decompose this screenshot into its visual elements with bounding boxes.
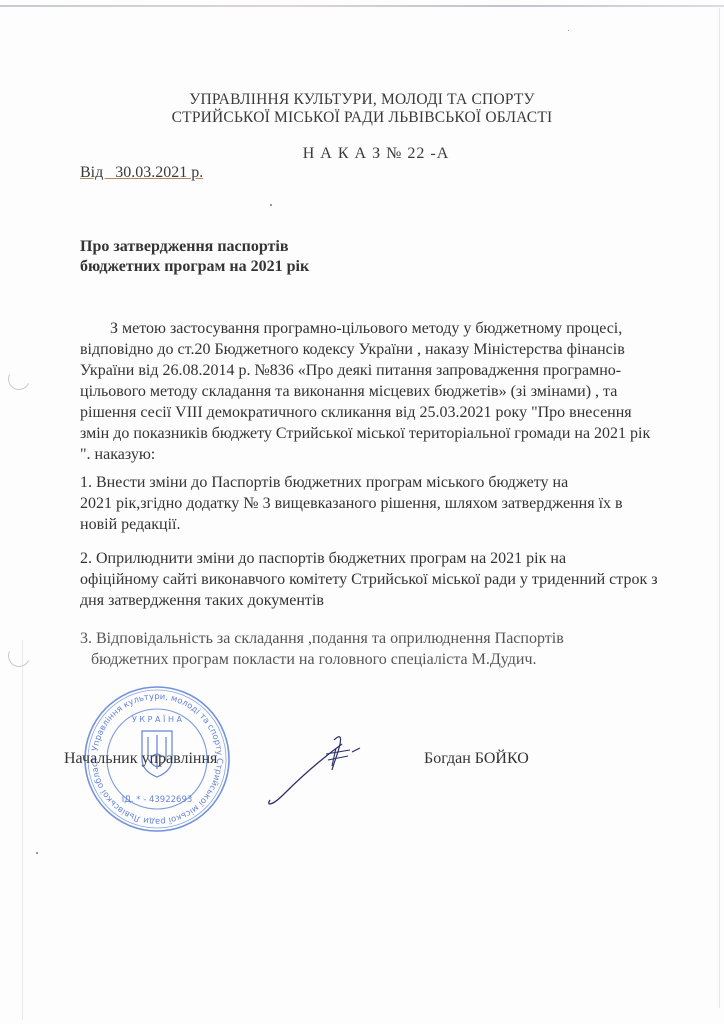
stamp-id-code: ІД. * - 43922693 <box>122 795 193 805</box>
order-date: Від 30.03.2021 р. <box>80 164 203 182</box>
signatory-position: Начальник управління <box>64 750 217 768</box>
punch-hole-mark <box>5 642 33 670</box>
item-1-first-line: 1. Внести зміни до Паспортів бюджетних п… <box>80 474 568 491</box>
punch-hole-mark <box>5 365 33 393</box>
handwritten-signature <box>262 730 382 810</box>
item-2-continuation: офіційному сайті виконавчого комітету Ст… <box>80 569 660 611</box>
item-2-first-line: 2. Оприлюднити зміни до паспортів бюджет… <box>80 550 566 567</box>
title-line-1: Про затвердження паспортів <box>80 237 309 257</box>
order-item-2: 2. Оприлюднити зміни до паспортів бюджет… <box>80 548 660 611</box>
organization-header: УПРАВЛІННЯ КУЛЬТУРИ, МОЛОДІ ТА СПОРТУ СТ… <box>0 91 724 127</box>
stamp-country: У К Р А Ї Н А <box>132 714 182 724</box>
scan-speck <box>36 852 38 854</box>
item-1-continuation: 2021 рік,згідно додатку № 3 вищевказаног… <box>80 493 660 535</box>
scan-fold-line <box>22 640 23 1020</box>
title-line-2: бюджетних програм на 2021 рік <box>80 257 309 277</box>
header-line-2: СТРИЙСЬКОЇ МІСЬКОЇ РАДИ ЛЬВІВСЬКОЇ ОБЛАС… <box>0 109 724 127</box>
preamble-paragraph: З метою застосування програмно-цільового… <box>80 318 660 465</box>
order-item-3: 3. Відповідальність за складання ,поданн… <box>80 628 660 670</box>
scan-edge <box>0 5 724 7</box>
scan-speck <box>568 30 569 31</box>
item-3-continuation: бюджетних програм покласти на головного … <box>80 649 660 670</box>
document-page: УПРАВЛІННЯ КУЛЬТУРИ, МОЛОДІ ТА СПОРТУ СТ… <box>0 0 724 1024</box>
header-line-1: УПРАВЛІННЯ КУЛЬТУРИ, МОЛОДІ ТА СПОРТУ <box>0 91 724 109</box>
order-title: Про затвердження паспортів бюджетних про… <box>80 237 309 277</box>
scan-speck <box>270 204 272 206</box>
item-3-first-line: 3. Відповідальність за складання ,поданн… <box>80 630 564 647</box>
signatory-name: Богдан БОЙКО <box>424 750 529 768</box>
order-item-1: 1. Внести зміни до Паспортів бюджетних п… <box>80 472 660 535</box>
order-number: Н А К А З № 22 -А <box>0 145 724 163</box>
